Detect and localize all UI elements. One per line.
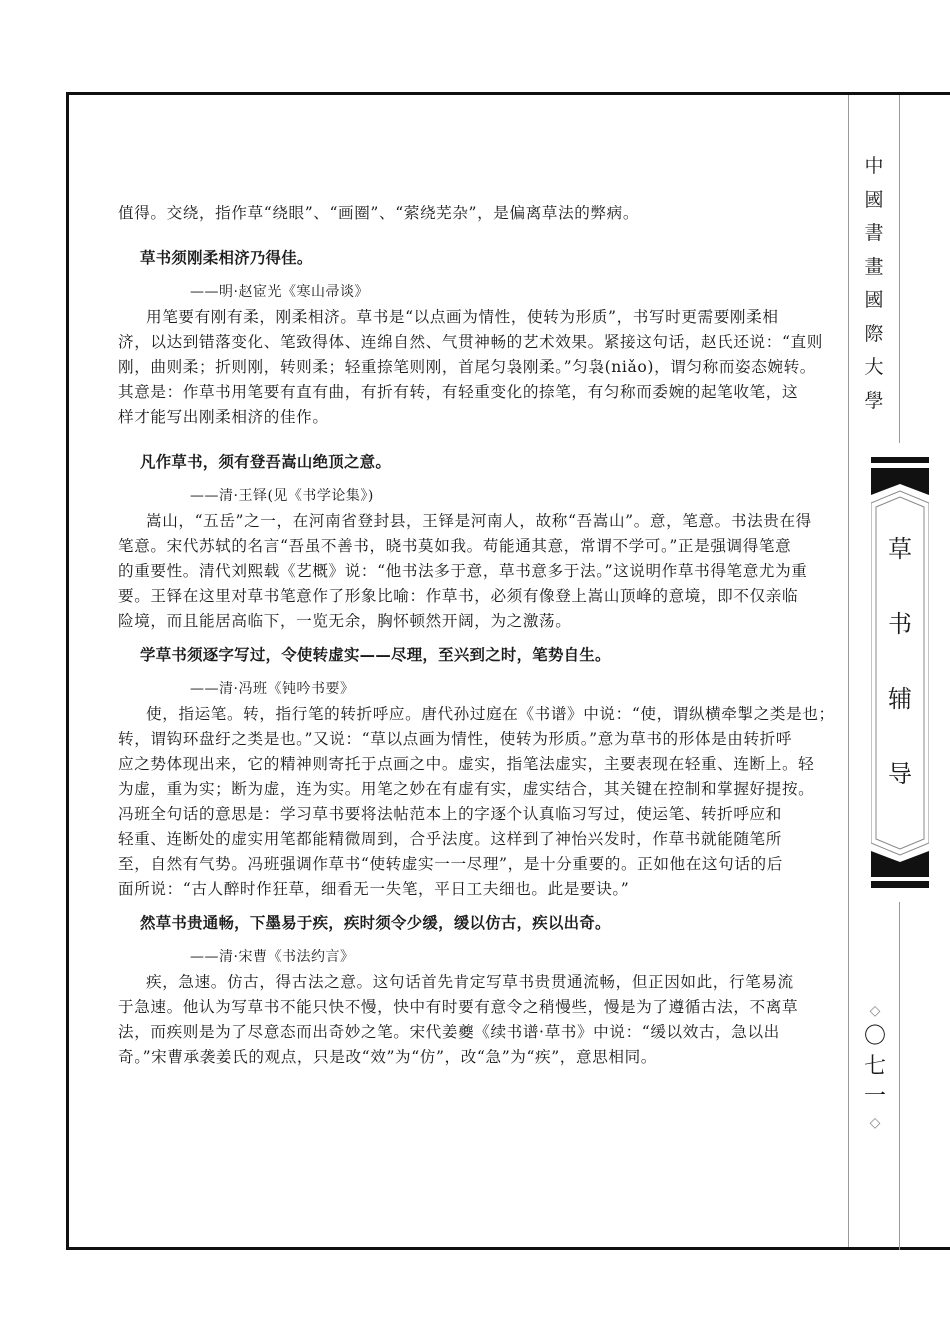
title-char: 畫 bbox=[862, 251, 886, 285]
body-line: 奇。”宋曹承袭姜氏的观点，只是改“效”为“仿”，改“急”为“疾”，意思相同。 bbox=[118, 1045, 808, 1070]
book-title-vertical: 中 國 書 畫 國 際 大 學 bbox=[862, 150, 886, 418]
quote-heading: 草书须刚柔相济乃得佳。 bbox=[118, 246, 808, 271]
page-number: ◇ 〇 七 一 ◇ bbox=[860, 1000, 890, 1134]
quote-citation: ——清·宋曹《书法约言》 bbox=[118, 945, 808, 970]
body-line: 的重要性。清代刘熙载《艺概》说：“他书法多于意，草书意多于法。”这说明作草书得笔… bbox=[118, 559, 808, 584]
body-line: 面所说：“古人醉时作狂草，细看无一失笔，平日工夫细也。此是要诀。” bbox=[118, 877, 808, 902]
title-char: 中 bbox=[862, 150, 886, 184]
body-line: 济，以达到错落变化、笔致得体、连绵自然、气贯神畅的艺术效果。紧接这句话，赵氏还说… bbox=[118, 330, 808, 355]
body-line: 于急速。他认为写草书不能只快不慢，快中有时要有意令之稍慢些，慢是为了遵循古法，不… bbox=[118, 995, 808, 1020]
section-4: 然草书贵通畅，下墨易于疾，疾时须令少缓，缓以仿古，疾以出奇。 ——清·宋曹《书法… bbox=[118, 911, 808, 1070]
sidebar-divider-right-top bbox=[899, 95, 900, 443]
section-title-char: 导 bbox=[876, 737, 924, 812]
section-title-char: 辅 bbox=[876, 662, 924, 737]
quote-citation: ——明·赵宧光《寒山帚谈》 bbox=[118, 280, 808, 305]
body-line: 至，自然有气势。冯班强调作草书“使转虚实一一尽理”，是十分重要的。正如他在这句话… bbox=[118, 852, 808, 877]
section-title-vertical: 草 书 辅 导 bbox=[876, 512, 924, 812]
quote-citation: ——清·王铎(见《书学论集》) bbox=[118, 484, 808, 509]
body-line: 值得。交绕，指作草“绕眼”、“画圈”、“萦绕芜杂”，是偏离草法的弊病。 bbox=[118, 201, 808, 226]
body-line: 为虚，重为实；断为虚，连为实。用笔之妙在有虚有实，虚实结合，其关键在控制和掌握好… bbox=[118, 777, 808, 802]
body-line: 转，谓钩环盘纡之类是也。”又说：“草以点画为情性，使转为形质。”意为草书的形体是… bbox=[118, 727, 808, 752]
title-char: 國 bbox=[862, 184, 886, 218]
body-line: 应之势体现出来，它的精神则寄托于点画之中。虚实，指笔法虚实，主要表现在轻重、连断… bbox=[118, 752, 808, 777]
section-2: 凡作草书，须有登吾嵩山绝顶之意。 ——清·王铎(见《书学论集》) 嵩山，“五岳”… bbox=[118, 450, 808, 634]
title-char: 學 bbox=[862, 385, 886, 419]
diamond-ornament-icon: ◇ bbox=[860, 1000, 890, 1022]
body-line: 刚，曲则柔；折则刚，转则柔；轻重捺笔则刚，首尾匀袅刚柔。”匀袅(niǎo)，谓匀… bbox=[118, 355, 808, 380]
quote-heading: 学草书须逐字写过，令使转虚实——尽理，至兴到之时，笔势自生。 bbox=[118, 643, 808, 668]
body-line: 要。王铎在这里对草书笔意作了形象比喻：作草书，必须有像登上嵩山顶峰的意境，即不仅… bbox=[118, 584, 808, 609]
quote-heading: 然草书贵通畅，下墨易于疾，疾时须令少缓，缓以仿古，疾以出奇。 bbox=[118, 911, 808, 936]
diamond-ornament-icon: ◇ bbox=[860, 1112, 890, 1134]
body-line: 使，指运笔。转，指行笔的转折呼应。唐代孙过庭在《书谱》中说：“使，谓纵横牵掣之类… bbox=[118, 702, 808, 727]
body-line: 法，而疾则是为了尽意态而出奇妙之笔。宋代姜夔《续书谱·草书》中说：“缓以效古，急… bbox=[118, 1020, 808, 1045]
section-3: 学草书须逐字写过，令使转虚实——尽理，至兴到之时，笔势自生。 ——清·冯班《钝吟… bbox=[118, 643, 808, 902]
page-number-digit: 一 bbox=[860, 1082, 890, 1112]
body-line: 笔意。宋代苏轼的名言“吾虽不善书，晓书莫如我。苟能通其意，常谓不学可。”正是强调… bbox=[118, 534, 808, 559]
quote-heading: 凡作草书，须有登吾嵩山绝顶之意。 bbox=[118, 450, 808, 475]
body-line: 用笔要有刚有柔，刚柔相济。草书是“以点画为情性，使转为形质”，书写时更需要刚柔相 bbox=[118, 305, 808, 330]
section-title-char: 草 bbox=[876, 512, 924, 587]
body-line: 轻重、连断处的虚实用笔都能精微周到，合乎法度。这样到了神怡兴发时，作草书就能随笔… bbox=[118, 827, 808, 852]
title-char: 書 bbox=[862, 217, 886, 251]
body-line: 样才能写出刚柔相济的佳作。 bbox=[118, 405, 808, 430]
sidebar-divider-left bbox=[848, 95, 849, 1247]
section-1: 草书须刚柔相济乃得佳。 ——明·赵宧光《寒山帚谈》 用笔要有刚有柔，刚柔相济。草… bbox=[118, 246, 808, 430]
title-char: 大 bbox=[862, 351, 886, 385]
title-char: 際 bbox=[862, 318, 886, 352]
body-line: 其意是：作草书用笔要有直有曲，有折有转，有轻重变化的捺笔，有匀称而委婉的起笔收笔… bbox=[118, 380, 808, 405]
quote-citation: ——清·冯班《钝吟书要》 bbox=[118, 677, 808, 702]
page-number-digit: 〇 bbox=[860, 1022, 890, 1052]
body-line: 冯班全句话的意思是：学习草书要将法帖范本上的字逐个认真临习写过，使运笔、转折呼应… bbox=[118, 802, 808, 827]
title-char: 國 bbox=[862, 284, 886, 318]
sidebar-divider-right-bottom bbox=[899, 902, 900, 1250]
section-title-char: 书 bbox=[876, 587, 924, 662]
body-line: 险境，而且能居高临下，一览无余，胸怀顿然开阔，为之激荡。 bbox=[118, 609, 808, 634]
body-line: 嵩山，“五岳”之一，在河南省登封县，王铎是河南人，故称“吾嵩山”。意，笔意。书法… bbox=[118, 509, 808, 534]
body-line: 疾，急速。仿古，得古法之意。这句话首先肯定写草书贵贯通流畅，但正因如此，行笔易流 bbox=[118, 970, 808, 995]
page-body: 值得。交绕，指作草“绕眼”、“画圈”、“萦绕芜杂”，是偏离草法的弊病。 草书须刚… bbox=[118, 201, 808, 1070]
page-number-digit: 七 bbox=[860, 1052, 890, 1082]
